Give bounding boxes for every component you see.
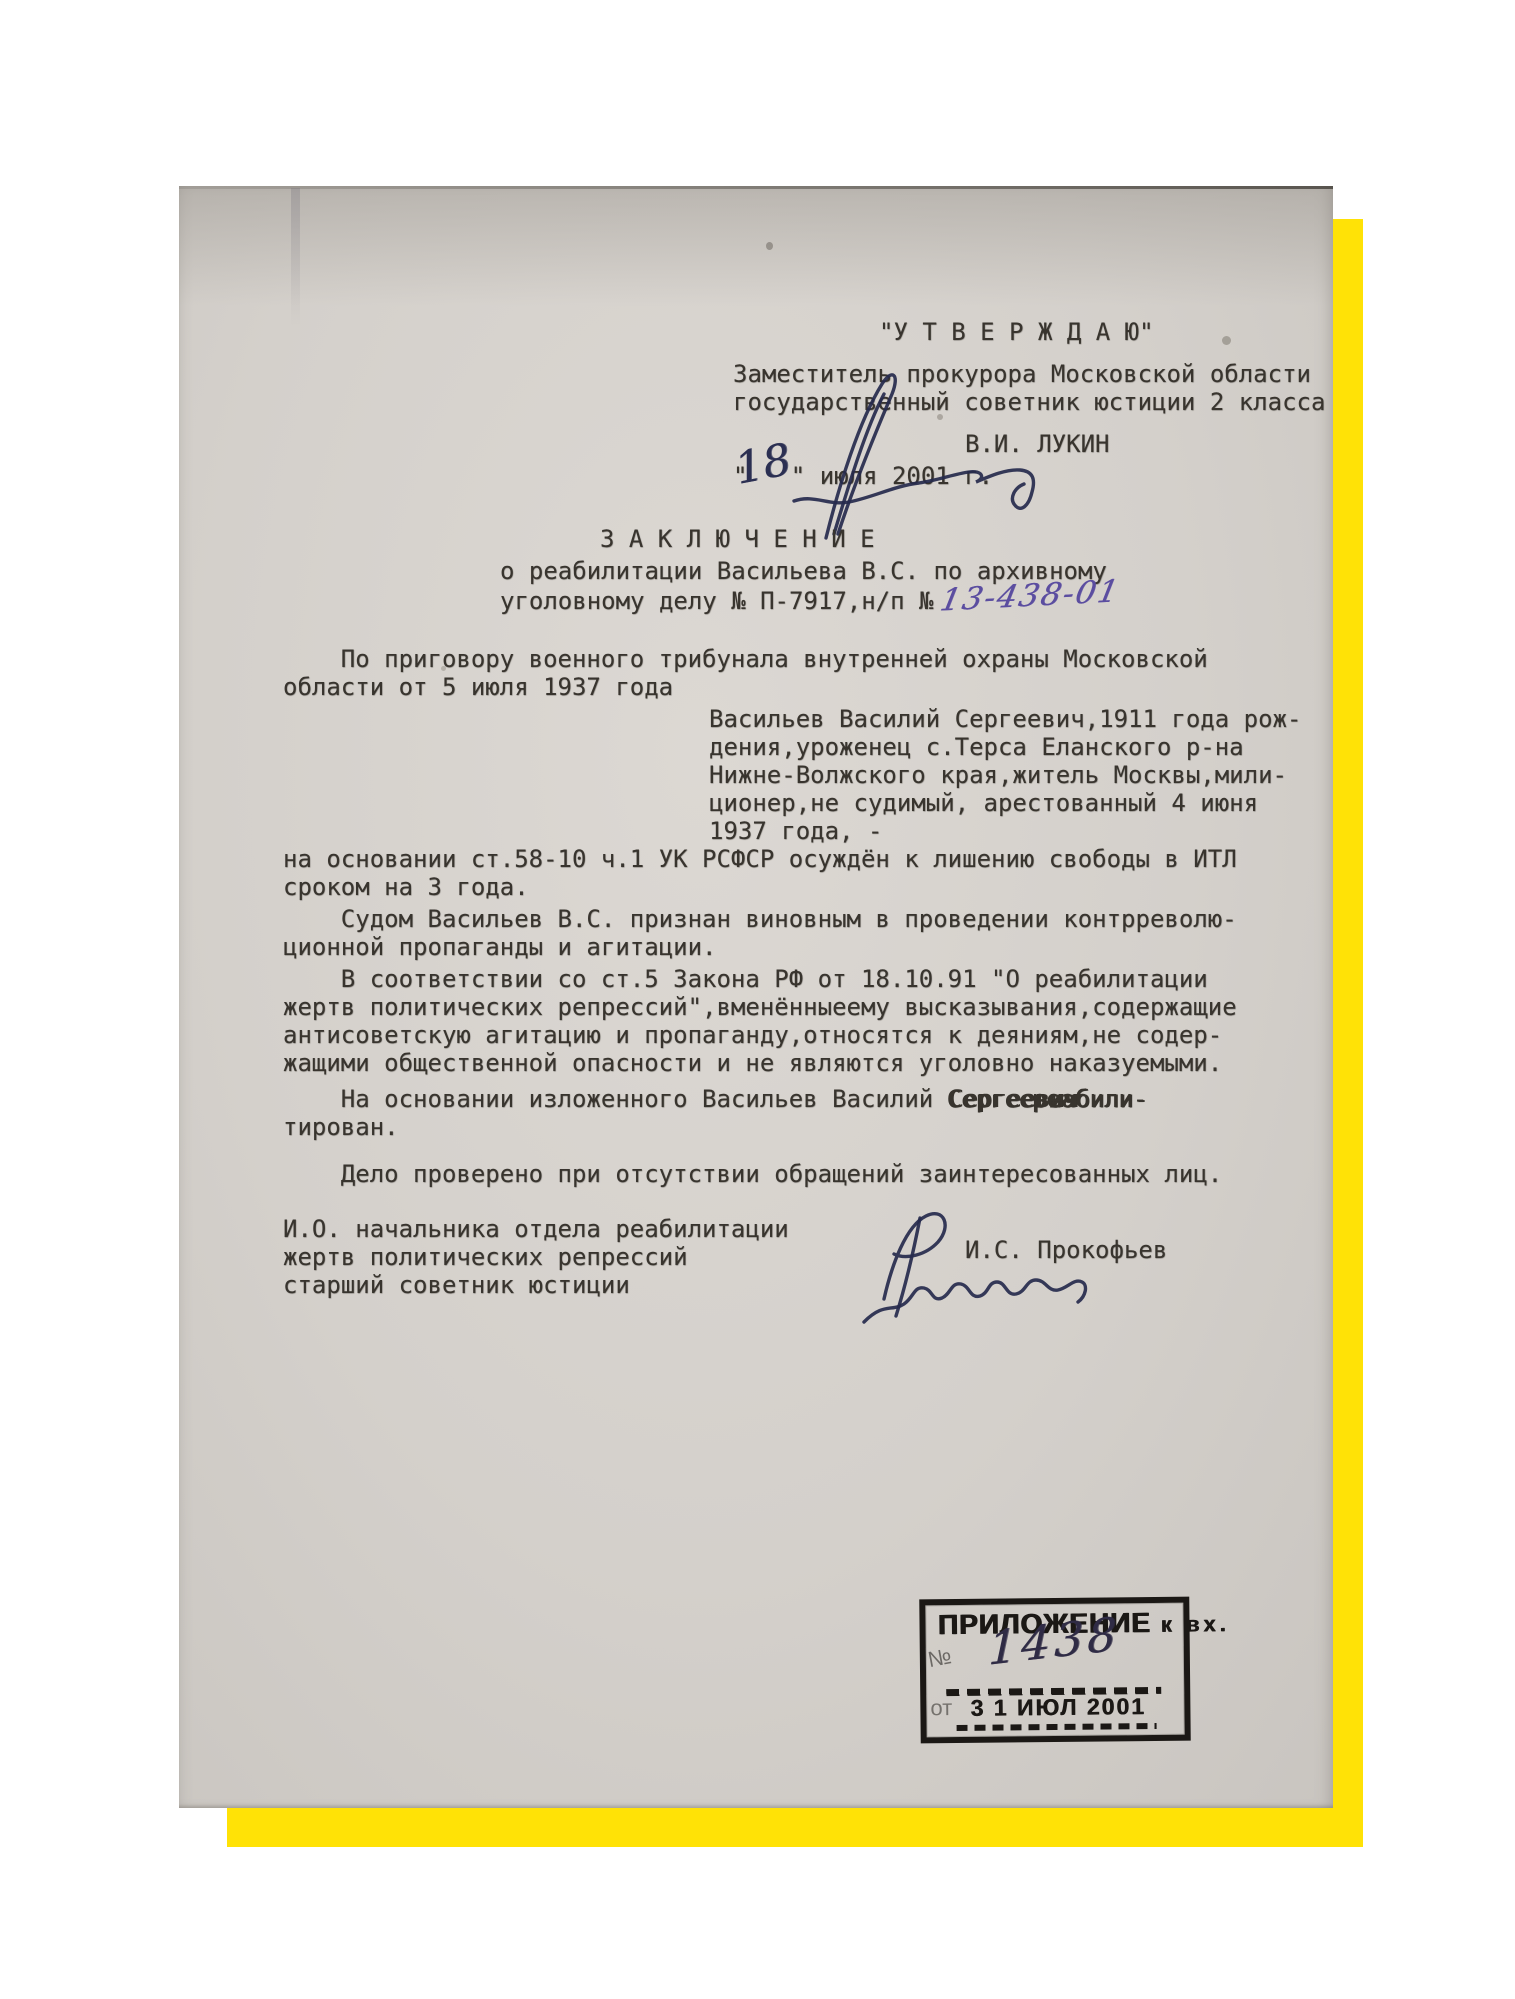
- document-page: "У Т В Е Р Ж Д А Ю" Заместитель прокурор…: [179, 186, 1333, 1808]
- prokofiev-signature: [834, 1204, 1114, 1329]
- document-body: По приговору военного трибунала внутренн…: [283, 645, 1293, 1299]
- body-line: на основании ст.58-10 ч.1 УК РСФСР осужд…: [283, 845, 1293, 873]
- body-line: антисоветскую агитацию и пропаганду,отно…: [283, 1021, 1293, 1049]
- paragraph-sentence: на основании ст.58-10 ч.1 УК РСФСР осужд…: [283, 845, 1293, 901]
- lukin-signature: [734, 366, 1114, 541]
- body-line: В соответствии со ст.5 Закона РФ от 18.1…: [283, 965, 1293, 993]
- stamp-from-label: от: [930, 1695, 952, 1721]
- paragraph-rehabilitation: На основании изложенного Васильев Васили…: [283, 1085, 1293, 1141]
- body-line: По приговору военного трибунала внутренн…: [283, 645, 1293, 673]
- document-title: З А К Л Ю Ч Е Н И Е: [600, 525, 875, 553]
- body-line: Нижне-Волжского края,житель Москвы,мили-: [709, 761, 1293, 789]
- signoff-line: старший советник юстиции: [283, 1271, 1293, 1299]
- paragraph-check: Дело проверено при отсутствии обращений …: [283, 1160, 1293, 1188]
- body-line: дения,уроженец с.Терса Еланского р-на: [709, 733, 1293, 761]
- body-line: области от 5 июля 1937 года: [283, 673, 1293, 701]
- paper-crease: [291, 188, 300, 328]
- body-line: ционной пропаганды и агитации.: [283, 933, 1293, 961]
- body-line: Васильев Василий Сергеевич,1911 года рож…: [709, 705, 1293, 733]
- stamp-dashed-line: [957, 1723, 1157, 1731]
- body-line: сроком на 3 года.: [283, 873, 1293, 901]
- approval-heading: "У Т В Е Р Ж Д А Ю": [879, 318, 1333, 346]
- body-line: жертв политических репрессий",вменённыее…: [283, 993, 1293, 1021]
- overstrike-tail: реабили-: [1032, 1085, 1148, 1113]
- body-line: тирован.: [283, 1113, 1293, 1141]
- body-line: жащими общественной опасности и не являю…: [283, 1049, 1293, 1077]
- overstrike-pre: На основании изложенного Васильев Васили…: [283, 1085, 948, 1113]
- body-line: 1937 года, -: [709, 817, 1293, 845]
- body-line: Судом Васильев В.С. признан виновным в п…: [283, 905, 1293, 933]
- paper-top-shadow: [179, 186, 1333, 306]
- body-line: Дело проверено при отсутствии обращений …: [283, 1160, 1293, 1188]
- document-subtitle: о реабилитации Васильева В.С. по архивно…: [500, 557, 1119, 615]
- subtitle-line2-typed: уголовному делу № П-7917,н/п №: [500, 587, 933, 615]
- stamp-number-label: №: [926, 1643, 954, 1673]
- paragraph-verdict: По приговору военного трибунала внутренн…: [283, 645, 1293, 701]
- paragraph-person-details: Васильев Василий Сергеевич,1911 года рож…: [709, 705, 1293, 845]
- handwritten-case-number: 13-438-01: [938, 577, 1123, 614]
- intake-stamp: ПРИЛОЖЕНИЕк вх. № 1438 от 3 1 ИЮЛ 2001: [919, 1597, 1190, 1744]
- paper-top-edge: [179, 186, 1333, 189]
- paragraph-law: В соответствии со ст.5 Закона РФ от 18.1…: [283, 965, 1293, 1077]
- paragraph-guilt: Судом Васильев В.С. признан виновным в п…: [283, 905, 1293, 961]
- stamp-title-suffix: к вх.: [1160, 1611, 1229, 1637]
- paper-speck: [766, 242, 773, 250]
- body-line: ционер,не судимый, арестованный 4 июня: [709, 789, 1293, 817]
- body-line-overstruck: На основании изложенного Васильев Васили…: [283, 1085, 1293, 1113]
- subtitle-line2: уголовному делу № П-7917,н/п №13-438-01: [500, 585, 1119, 615]
- stamp-date: 3 1 ИЮЛ 2001: [970, 1693, 1146, 1722]
